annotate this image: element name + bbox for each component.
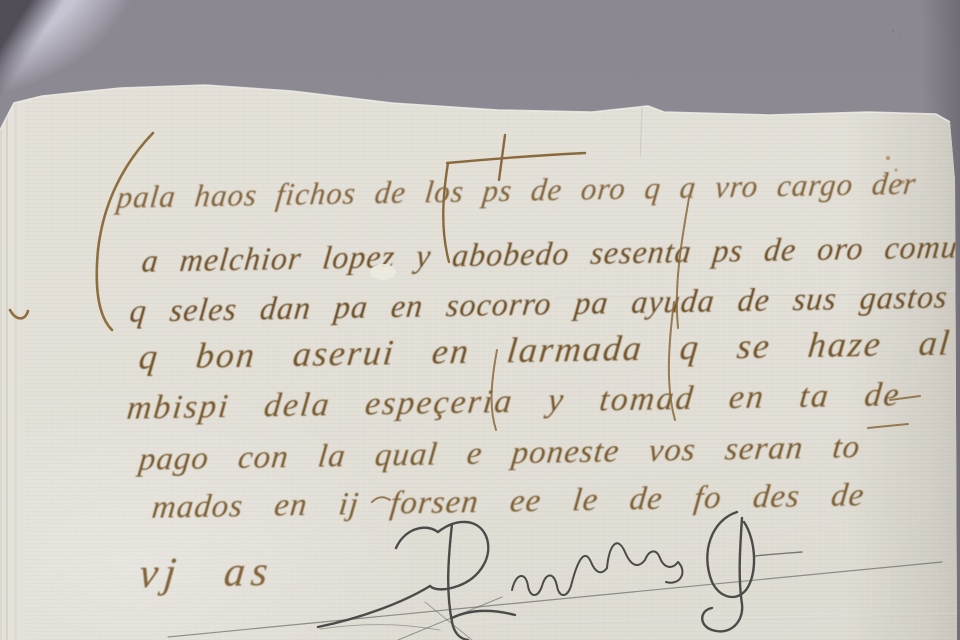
manuscript-line-1: pala haos fichos de los ps de oro q a vr… bbox=[115, 166, 918, 216]
manuscript-line-8: vj as bbox=[137, 548, 276, 598]
manuscript-line-6: pago con la qual e poneste vos seran to bbox=[137, 429, 862, 479]
manuscript-line-7: mados en ij forsen ee le de fo des de bbox=[150, 477, 866, 527]
manuscript-line-2: a melchior lopez y abobedo sesenta ps de… bbox=[140, 228, 960, 280]
manuscript-line-3: q seles dan pa en socorro pa ayuda de su… bbox=[128, 279, 950, 330]
book-leaf-edges bbox=[0, 96, 24, 640]
manuscript-line-5: mbispi dela espeçeria y tomad en ta de bbox=[125, 376, 903, 428]
manuscript-photograph: pala haos fichos de los ps de oro q a vr… bbox=[0, 0, 960, 640]
manuscript-line-4: q bon aserui en larmada q se haze al dev bbox=[137, 320, 960, 378]
paper-crease-horizontal-lower bbox=[460, 613, 960, 626]
